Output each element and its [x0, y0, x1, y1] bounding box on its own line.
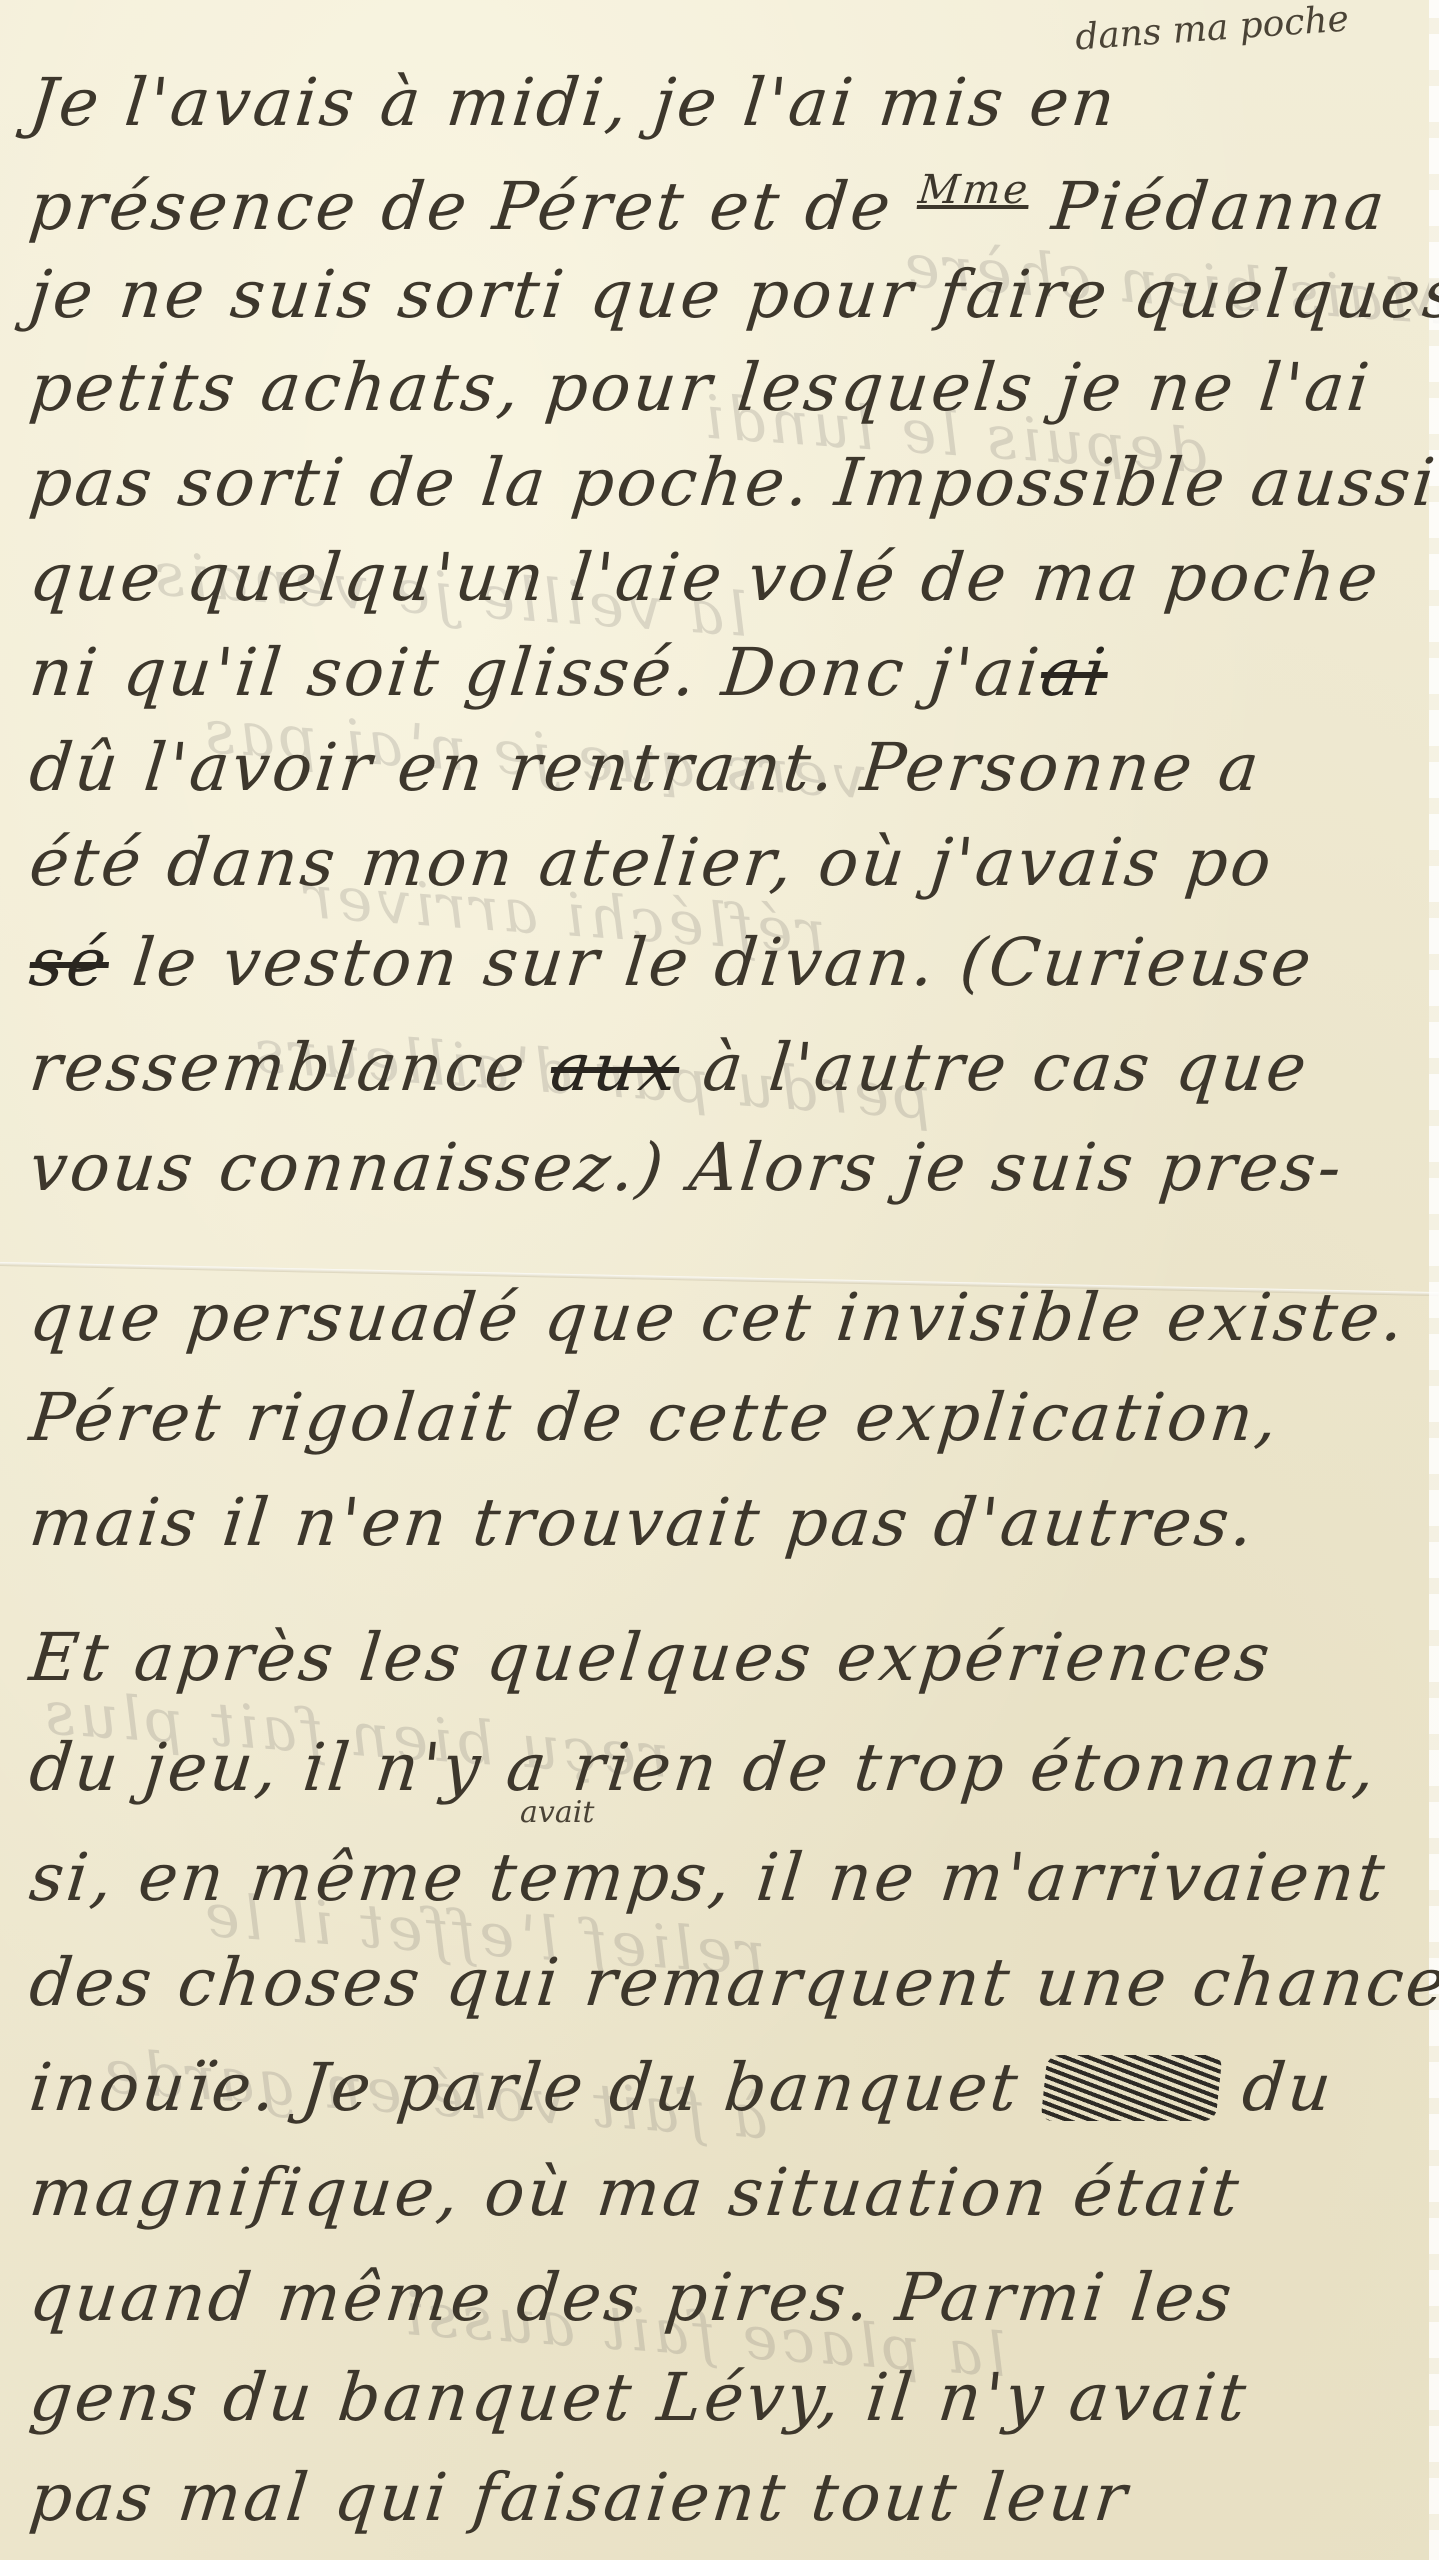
line-text: Je l'avais à midi, je l'ai mis en — [26, 64, 1121, 141]
text-line-7: ni qu'il soit glissé. Donc j'aiai — [27, 640, 1112, 706]
line-text: vous connaissez.) Alors je suis pres- — [26, 1129, 1348, 1206]
text-line-14: Péret rigolait de cette explication, — [27, 1385, 1284, 1451]
line-text: gens du banquet Lévy, il n'y avait — [26, 2359, 1252, 2436]
line-text: du jeu, il n'y a rien de trop étonnant, — [26, 1729, 1381, 1806]
text-line-18: si, en même temps, il ne m'arrivaient — [27, 1845, 1391, 1911]
text-line-1: Je l'avais à midi, je l'ai mis en — [27, 70, 1121, 136]
line-text: que persuadé que cet invisible existe. — [26, 1279, 1410, 1356]
line-text: si, en même temps, il ne m'arrivaient — [26, 1839, 1391, 1916]
margin-note-top: dans ma poche — [1074, 0, 1350, 59]
text-line-16: Et après les quelques expériences — [27, 1625, 1276, 1691]
text-line-21: magnifique, où ma situation était — [27, 2160, 1245, 2226]
line-text: du — [1215, 2049, 1338, 2126]
line-text: Et après les quelques expériences — [26, 1619, 1276, 1696]
line-text: que quelqu'un l'aie volé de ma poche — [26, 539, 1384, 616]
line-text: magnifique, où ma situation était — [26, 2154, 1245, 2231]
text-line-6: que quelqu'un l'aie volé de ma poche — [27, 545, 1384, 611]
text-line-5: pas sorti de la poche. Impossible aussi — [27, 450, 1439, 516]
line-text: à l'autre cas que — [675, 1029, 1313, 1106]
text-line-23: gens du banquet Lévy, il n'y avait — [27, 2365, 1252, 2431]
text-line-22: quand même des pires. Parmi les — [27, 2265, 1238, 2331]
text-line-10: sé le veston sur le divan. (Curieuse — [27, 930, 1317, 996]
text-line-20: inouïe. Je parle du banquet ### du — [27, 2055, 1338, 2121]
text-line-12: vous connaissez.) Alors je suis pres- — [27, 1135, 1348, 1201]
text-line-15: mais il n'en trouvait pas d'autres. — [27, 1490, 1259, 1556]
line-text: je ne suis sorti que pour faire quelques — [26, 256, 1439, 333]
struck-text: ai — [1037, 634, 1112, 711]
line-text: pas mal qui faisaient tout leur — [26, 2459, 1133, 2536]
text-line-13: que persuadé que cet invisible existe. — [27, 1285, 1410, 1351]
line-text: petits achats, pour lesquels je ne l'ai — [26, 349, 1376, 426]
line-text: dû l'avoir en rentrant. Personne a — [26, 729, 1265, 806]
line-text: ressemblance — [26, 1029, 555, 1106]
line-text: mais il n'en trouvait pas d'autres. — [26, 1484, 1260, 1561]
line-text: le veston sur le divan. (Curieuse — [105, 924, 1318, 1001]
line-text: des choses qui remarquent une chance — [26, 1944, 1439, 2021]
line-text: Péret rigolait de cette explication, — [26, 1379, 1284, 1456]
scribbled-out-word: ### — [1040, 2055, 1222, 2121]
line-text: ni qu'il soit glissé. Donc j'ai — [26, 634, 1045, 711]
text-line-8: dû l'avoir en rentrant. Personne a — [27, 735, 1265, 801]
text-line-9: été dans mon atelier, où j'avais po — [27, 830, 1278, 896]
line-text: pas sorti de la poche. Impossible aussi — [26, 444, 1439, 521]
text-line-11: ressemblance aux à l'autre cas que — [27, 1035, 1313, 1101]
struck-text: aux — [547, 1029, 683, 1106]
line-text: Piédanna — [1024, 168, 1391, 245]
line-text: quand même des pires. Parmi les — [26, 2259, 1238, 2336]
text-line-17: du jeu, il n'y a rien de trop étonnant, — [27, 1735, 1381, 1801]
interlinear-insertion: avait — [520, 1795, 594, 1830]
text-line-3: je ne suis sorti que pour faire quelques — [27, 262, 1439, 328]
paper-edge — [1429, 0, 1439, 2560]
text-line-19: des choses qui remarquent une chance — [27, 1950, 1439, 2016]
line-text: inouïe. Je parle du banquet — [26, 2049, 1048, 2126]
text-line-2: présence de Péret et de Mme Piédanna — [26, 170, 1390, 240]
line-text: été dans mon atelier, où j'avais po — [26, 824, 1278, 901]
abbreviation-madame: Mme — [916, 167, 1032, 213]
struck-text: sé — [26, 924, 113, 1001]
text-line-4: petits achats, pour lesquels je ne l'ai — [27, 355, 1375, 421]
letter-page: Mais bien chère depuis le lundi la veill… — [0, 0, 1439, 2560]
line-text: présence de Péret et de — [26, 168, 921, 245]
text-line-24: pas mal qui faisaient tout leur — [27, 2465, 1133, 2531]
